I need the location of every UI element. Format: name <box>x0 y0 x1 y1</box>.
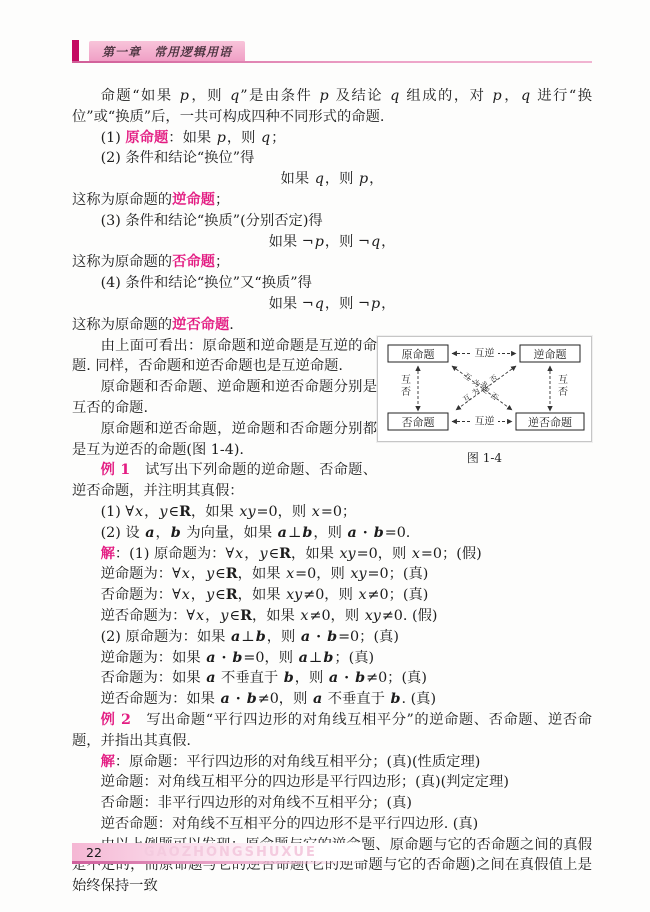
text-line: (2) 设 a，b 为向量，如果 a⊥b，则 a · b=0. <box>72 523 592 544</box>
text-line: 逆命题为：∀x，y∈R，如果 x=0，则 xy=0；(真) <box>72 564 592 585</box>
text-segment: 组成的，对 <box>400 88 491 104</box>
text-line: (2) 原命题为：如果 a⊥b，则 a · b=0；(真) <box>72 627 592 648</box>
math-variable: y <box>219 608 229 624</box>
text-line: 否命题为：如果 a 不垂直于 b，则 a · b≠0；(真) <box>72 668 592 689</box>
math-variable: x <box>411 546 421 562</box>
text-segment: 由上面可看出：原命题和逆命题是互逆的命题. 同样，否命题和逆否命题也是互逆命题. <box>72 338 377 375</box>
text-segment: ∈ <box>229 608 240 624</box>
math-variable: q <box>260 130 271 146</box>
math-variable: q <box>314 171 325 187</box>
math-variable: y <box>158 504 168 520</box>
math-variable: p <box>370 296 381 312</box>
text-segment: ， <box>381 296 395 312</box>
text-segment: 写出命题“平行四边形的对角线互相平分”的逆命题、否命题、逆否命题，并指出其真假. <box>72 712 592 749</box>
math-variable: x <box>134 504 144 520</box>
footer-watermark: GAOZHONGSHUXUE <box>144 845 317 860</box>
math-variable: xy <box>349 566 367 582</box>
text-segment: 逆命题为：∀ <box>101 566 181 582</box>
box-label: 逆否命题 <box>528 415 572 429</box>
text-line: (1) ∀x，y∈R，如果 xy=0，则 x=0； <box>72 502 592 523</box>
text-segment: 逆否命题：对角线不互相平分的四边形不是平行四边形. (真) <box>101 816 479 832</box>
math-variable: q <box>229 88 240 104</box>
vector-variable: b <box>389 691 401 707</box>
text-segment: (2) 设 <box>101 525 145 541</box>
bold-symbol: R <box>240 608 252 624</box>
text-line: 如果 ¬p，则 ¬q， <box>72 232 592 253</box>
text-segment: 命题“如果 <box>101 88 179 104</box>
header-accent-bar <box>72 40 79 61</box>
text-line: 这称为原命题的逆否命题. <box>72 315 592 336</box>
vector-variable: b <box>354 670 366 686</box>
vector-variable: a <box>205 650 216 666</box>
text-segment: =0；(假) <box>421 546 482 562</box>
text-segment: 逆命题：对角线互相平分的四边形是平行四边形；(真)(判定定理) <box>101 774 509 790</box>
bold-symbol: · <box>216 650 231 666</box>
text-segment: =0；(真) <box>368 566 429 582</box>
text-line: (2) 条件和结论“换位”得 <box>72 148 592 169</box>
vector-variable: b <box>326 629 338 645</box>
text-line: 如果 ¬q，则 ¬p， <box>72 294 592 315</box>
textbook-page: 第一章 常用逻辑用语 命题“如果 p，则 q”是由条件 p 及结论 q 组成的，… <box>0 0 650 912</box>
keyword: 逆命题 <box>172 192 215 208</box>
text-segment: ； <box>215 254 229 270</box>
vector-variable: a <box>277 525 288 541</box>
edge-label-bottom: 互逆 <box>475 414 495 427</box>
keyword: 否命题 <box>172 254 215 270</box>
math-variable: y <box>258 546 268 562</box>
text-segment: ，则 <box>267 629 300 645</box>
text-segment: ， <box>156 525 170 541</box>
text-segment: =0，则 <box>357 546 411 562</box>
text-segment: ； <box>215 192 229 208</box>
text-segment: ，如果 <box>238 587 285 603</box>
text-segment: ，如果 <box>252 608 299 624</box>
text-segment: 这称为原命题的 <box>72 254 172 270</box>
figure-caption: 图 1-4 <box>377 448 592 469</box>
text-segment: ， <box>381 234 395 250</box>
text-segment: 逆否命题为：∀ <box>101 608 195 624</box>
text-segment: ≠0，则 <box>303 587 357 603</box>
text-segment: ⊥ <box>288 525 301 541</box>
text-segment: (1) <box>101 130 126 146</box>
page-number: 22 <box>86 845 102 860</box>
text-segment: 原命题和否命题、逆命题和逆否命题分别是互否的命题. <box>72 379 377 416</box>
math-variable: xy <box>285 587 303 603</box>
math-variable: p <box>314 234 325 250</box>
text-line: 这称为原命题的否命题； <box>72 252 592 273</box>
vector-variable: a <box>144 525 155 541</box>
math-variable: x <box>285 566 295 582</box>
text-line: 解：(1) 原命题为：∀x，y∈R，如果 xy=0，则 x=0；(假) <box>72 544 592 565</box>
vector-variable: b <box>322 650 334 666</box>
text-segment: 否命题为：如果 <box>101 670 206 686</box>
vector-variable: a <box>328 670 339 686</box>
text-segment: (4) 条件和结论“换位”又“换质”得 <box>101 275 312 291</box>
vector-variable: a <box>220 691 231 707</box>
text-segment: ：原命题：平行四边形的对角线互相平分；(真)(性质定理) <box>115 754 480 770</box>
vector-variable: b <box>246 691 258 707</box>
math-variable: x <box>311 504 321 520</box>
text-segment: 否命题：非平行四边形的对角线不互相平分；(真) <box>101 795 412 811</box>
math-variable: x <box>181 566 191 582</box>
text-segment: ≠0. (假) <box>382 608 438 624</box>
proposition-relation-diagram: 原命题 逆命题 否命题 逆否命题 互逆 互逆 互否 互否 互为逆否 互为逆否 <box>378 337 591 441</box>
text-segment: 及结论 <box>330 88 390 104</box>
text-line: 逆否命题为：如果 a · b≠0，则 a 不垂直于 b. (真) <box>72 689 592 710</box>
math-variable: x <box>299 608 309 624</box>
edge-label-left: 互否 <box>401 374 411 398</box>
figure-panel: 原命题 逆命题 否命题 逆否命题 互逆 互逆 互否 互否 互为逆否 互为逆否 <box>377 336 592 442</box>
math-variable: xy <box>338 546 356 562</box>
text-segment: (1) ∀ <box>101 504 134 520</box>
text-segment: 逆命题为：如果 <box>101 650 206 666</box>
math-variable: q <box>520 88 531 104</box>
text-segment: ， <box>144 504 158 520</box>
text-segment: 如果 <box>281 171 314 187</box>
vector-variable: b <box>231 650 243 666</box>
vector-variable: a <box>300 629 311 645</box>
math-variable: q <box>314 296 325 312</box>
text-segment: =0，则 <box>243 650 297 666</box>
text-line: 逆否命题：对角线不互相平分的四边形不是平行四边形. (真) <box>72 814 592 835</box>
header-rule <box>72 61 592 63</box>
text-line: 逆否命题为：∀x，y∈R，如果 x≠0，则 xy≠0. (假) <box>72 606 592 627</box>
text-segment: ，如果 <box>191 504 238 520</box>
text-segment: ， <box>191 566 205 582</box>
vector-variable: a <box>312 691 323 707</box>
bold-symbol: · <box>358 525 373 541</box>
page-footer: 22 GAOZHONGSHUXUE <box>72 843 364 864</box>
bold-symbol: R <box>226 587 238 603</box>
text-segment: ⊥ <box>309 650 322 666</box>
text-segment: ∈ <box>215 587 226 603</box>
text-segment: ，则 ¬ <box>325 234 370 250</box>
vector-variable: a <box>205 670 216 686</box>
text-segment: ，则 <box>227 130 260 146</box>
text-segment: ，如果 <box>291 546 338 562</box>
edge-label-right: 互否 <box>558 374 568 398</box>
page-body: 命题“如果 p，则 q”是由条件 p 及结论 q 组成的，对 p，q 进行“换位… <box>72 86 592 897</box>
text-segment: 原命题和逆否命题，逆命题和否命题分别都是互为逆否的命题(图 1-4). <box>72 421 377 458</box>
math-variable: p <box>358 171 369 187</box>
math-variable: xy <box>238 504 256 520</box>
text-segment: ≠0，则 <box>258 691 312 707</box>
bold-symbol: R <box>226 566 238 582</box>
text-segment: ， <box>191 587 205 603</box>
text-segment: =0；(真) <box>338 629 399 645</box>
text-segment: ， <box>369 171 383 187</box>
math-variable: q <box>370 234 381 250</box>
text-line: 命题“如果 p，则 q”是由条件 p 及结论 q 组成的，对 p，q 进行“换位… <box>72 86 592 128</box>
bold-symbol: R <box>279 546 291 562</box>
math-variable: y <box>205 566 215 582</box>
math-variable: xy <box>364 608 382 624</box>
text-segment: ：如果 <box>168 130 215 146</box>
bold-symbol: · <box>231 691 246 707</box>
body-flow-top: 命题“如果 p，则 q”是由条件 p 及结论 q 组成的，对 p，q 进行“换位… <box>72 86 592 336</box>
text-segment: ≠0；(真) <box>368 587 429 603</box>
keyword: 解 <box>101 754 115 770</box>
text-line: (4) 条件和结论“换位”又“换质”得 <box>72 273 592 294</box>
text-segment: ≠0；(真) <box>366 670 427 686</box>
keyword: 解 <box>101 546 115 562</box>
text-line: (1) 原命题：如果 p，则 q； <box>72 128 592 149</box>
math-variable: p <box>492 88 503 104</box>
text-segment: . (真) <box>401 691 436 707</box>
footer-band: 22 GAOZHONGSHUXUE <box>72 843 364 861</box>
text-segment: =0，则 <box>257 504 311 520</box>
footer-underline <box>72 861 364 864</box>
math-variable: p <box>179 88 190 104</box>
text-line: (3) 条件和结论“换质”(分别否定)得 <box>72 211 592 232</box>
text-segment: ， <box>503 88 520 104</box>
text-segment: (2) 原命题为：如果 <box>101 629 230 645</box>
text-segment: 为向量，如果 <box>182 525 277 541</box>
vector-variable: b <box>170 525 182 541</box>
page-header: 第一章 常用逻辑用语 <box>72 40 592 64</box>
text-segment: =0. <box>385 525 411 541</box>
math-variable: q <box>389 88 400 104</box>
text-segment: ； <box>271 130 285 146</box>
math-variable: y <box>205 587 215 603</box>
text-segment: 这称为原命题的 <box>72 192 172 208</box>
math-variable: x <box>234 546 244 562</box>
bold-symbol: R <box>179 504 191 520</box>
text-line: 否命题为：∀x，y∈R，如果 xy≠0，则 x≠0；(真) <box>72 585 592 606</box>
text-segment: . <box>229 317 234 333</box>
keyword: 原命题 <box>125 130 168 146</box>
vector-variable: b <box>283 670 295 686</box>
text-segment: (2) 条件和结论“换位”得 <box>101 150 255 166</box>
text-segment: ：(1) 原命题为：∀ <box>115 546 234 562</box>
text-segment: ，则 <box>190 88 229 104</box>
edge-label-top: 互逆 <box>475 346 495 359</box>
box-label: 逆命题 <box>534 347 567 361</box>
bold-symbol: · <box>339 670 354 686</box>
text-segment: ∈ <box>168 504 179 520</box>
text-segment: ∈ <box>215 566 226 582</box>
text-segment: 不垂直于 <box>323 691 389 707</box>
math-variable: p <box>216 130 227 146</box>
vector-variable: b <box>301 525 313 541</box>
text-segment: ，则 ¬ <box>325 296 370 312</box>
text-segment: ， <box>244 546 258 562</box>
text-line: 解：原命题：平行四边形的对角线互相平分；(真)(性质定理) <box>72 752 592 773</box>
keyword: 例 1 <box>101 462 131 478</box>
text-segment: 否命题为：∀ <box>101 587 181 603</box>
text-line: 否命题：非平行四边形的对角线不互相平分；(真) <box>72 793 592 814</box>
text-line: 例 2 写出命题“平行四边形的对角线互相平分”的逆命题、否命题、逆否命题，并指出… <box>72 710 592 752</box>
math-variable: x <box>195 608 205 624</box>
text-segment: 如果 ¬ <box>269 234 314 250</box>
text-segment: ，则 <box>325 171 358 187</box>
chapter-label: 第一章 常用逻辑用语 <box>89 41 245 63</box>
text-segment: (3) 条件和结论“换质”(分别否定)得 <box>101 213 323 229</box>
box-label: 原命题 <box>402 347 435 361</box>
text-segment: ， <box>205 608 219 624</box>
vector-variable: b <box>373 525 385 541</box>
text-segment: 这称为原命题的 <box>72 317 172 333</box>
keyword: 例 2 <box>101 712 131 728</box>
text-segment: ≠0，则 <box>309 608 363 624</box>
vector-variable: a <box>230 629 241 645</box>
text-segment: ；(真) <box>334 650 374 666</box>
text-line: 这称为原命题的逆命题； <box>72 190 592 211</box>
text-segment: ⊥ <box>241 629 254 645</box>
text-line: 逆命题为：如果 a · b=0，则 a⊥b；(真) <box>72 648 592 669</box>
figure-1-4: 原命题 逆命题 否命题 逆否命题 互逆 互逆 互否 互否 互为逆否 互为逆否 图… <box>377 336 592 469</box>
text-segment: ∈ <box>269 546 280 562</box>
text-segment: 逆否命题为：如果 <box>101 691 220 707</box>
text-segment: ，则 <box>295 670 328 686</box>
bold-symbol: · <box>311 629 326 645</box>
text-segment: 不垂直于 <box>216 670 282 686</box>
text-line: 如果 q，则 p， <box>72 169 592 190</box>
box-label: 否命题 <box>402 415 435 429</box>
text-segment: =0，则 <box>295 566 349 582</box>
vector-variable: a <box>298 650 309 666</box>
text-line: 逆命题：对角线互相平分的四边形是平行四边形；(真)(判定定理) <box>72 772 592 793</box>
math-variable: x <box>181 587 191 603</box>
math-variable: x <box>357 587 367 603</box>
vector-variable: b <box>255 629 267 645</box>
text-segment: ，如果 <box>238 566 285 582</box>
text-segment: ，则 <box>313 525 346 541</box>
keyword: 逆否命题 <box>172 317 229 333</box>
vector-variable: a <box>347 525 358 541</box>
text-segment: 如果 ¬ <box>269 296 314 312</box>
text-segment: ”是由条件 <box>240 88 318 104</box>
text-segment: =0； <box>321 504 356 520</box>
math-variable: p <box>318 88 329 104</box>
